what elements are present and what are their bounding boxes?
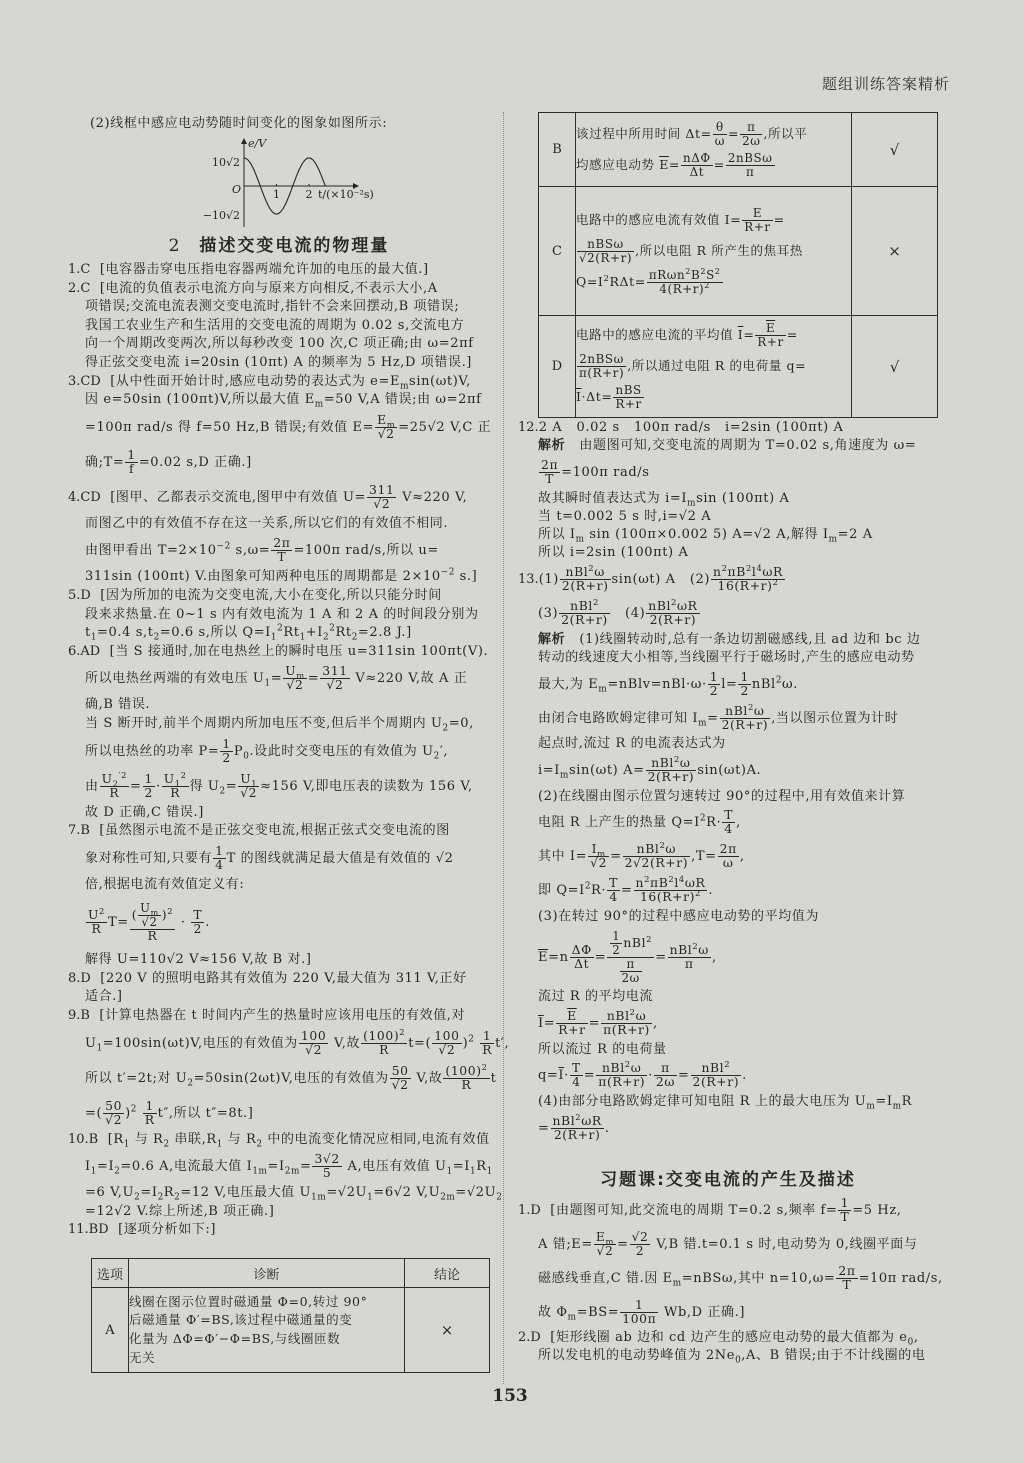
numerator: θ (713, 121, 727, 135)
text-run: √2 (305, 1043, 322, 1057)
superscript: 2 (773, 577, 779, 587)
superscript: 2 (695, 888, 701, 898)
text-run: 其中 I= (538, 849, 587, 864)
text-run: nBl (553, 1114, 576, 1128)
fraction: 50√2 (390, 1065, 411, 1092)
text-run: 2ω (656, 1075, 675, 1089)
text-run: ω (723, 856, 734, 870)
superscript: 2 (715, 267, 721, 276)
subscript: 1 (487, 1167, 493, 1177)
numerator: 1 (213, 845, 225, 859)
table-header-row: 选项 诊断 结论 (92, 1259, 490, 1288)
text-run: T (193, 908, 202, 922)
text-run: = (589, 1016, 601, 1031)
numerator: E (755, 322, 785, 336)
numerator: T (191, 909, 204, 923)
text-run: =25√2 V,C 正 (398, 420, 491, 435)
numerator: E (556, 1010, 587, 1024)
text-run: π (747, 120, 755, 134)
superscript: 2 (646, 934, 652, 944)
numerator: Im (588, 843, 609, 857)
text-run: S (706, 268, 715, 282)
math-group: Um (140, 901, 159, 915)
fraction: nBl22(R+r) (559, 600, 610, 627)
text-run: R (379, 1043, 389, 1057)
text-run: ωR (677, 599, 698, 613)
text-line: nBSω√2(R+r),所以电阻 R 所产生的焦耳热 (576, 236, 851, 267)
denominator: √2 (138, 916, 161, 929)
text-run: 倍,根据电流有效值定义有: (85, 877, 244, 892)
answer-number: 6.AD (68, 644, 100, 659)
numerator: nBl2ω (668, 944, 711, 958)
text-run: R+r (744, 220, 770, 234)
text-run: ω (665, 842, 676, 856)
math-group: Em (596, 1230, 614, 1244)
verdict-cell: × (405, 1288, 490, 1373)
numerator: nBl2ω (596, 1062, 647, 1076)
text-run: 转动的线速度大小相等,当线圈平行于磁场时,产生的感应电动势 (538, 650, 915, 665)
denominator: √2 (390, 1079, 411, 1092)
text-run: πRωn (649, 268, 685, 282)
text-run: Rt (283, 625, 299, 640)
text-line: 由U2′2R=12·U12R得 U2=U1√2≈156 V,即电压表的读数为 1… (68, 769, 490, 804)
denominator: T (838, 1211, 851, 1224)
text-run: = (714, 157, 725, 172)
numerator: 1 (610, 930, 622, 944)
fraction: ER+r (742, 207, 772, 234)
text-run: [图甲、乙都表示交流电,图甲中有效值 U= (101, 490, 366, 505)
denominator: T (539, 473, 560, 486)
text-line: 均感应电动势 E=nΔΦΔt=2nBSωπ (576, 150, 851, 181)
text-run: [电容器击穿电压指电容器两端允许加的电压的最大值.] (90, 262, 428, 277)
text-line: 所以发电机的电动势峰值为 2Ne0,A、B 错误;由于不计线圈的电 (518, 1347, 940, 1365)
text-run: (4)由部分电路欧姆定律可知电阻 R 上的最大电压为 U (538, 1094, 866, 1109)
text-line: 所以电热丝的功率 P=12P0.设此时交变电压的有效值为 U2′, (68, 734, 490, 769)
text-run: 50 (105, 1099, 122, 1113)
text-line: 所以 Im sin (100π×0.002 5) A=√2 A,解得 Im=2 … (518, 526, 940, 544)
text-run: 电路中的感应电流有效值 I= (576, 212, 741, 227)
text-line: (3)在转过 90°的过程中感应电动势的平均值为 (518, 908, 940, 926)
superscript: −2 (217, 542, 231, 552)
text-line: 所以电热丝两端的有效电压 U1=Um√2=311√2 V≈220 V,故 A 正 (68, 661, 490, 696)
denominator: √2 (320, 679, 349, 692)
denominator: R (443, 1079, 489, 1092)
option-cell: C (539, 187, 576, 316)
y-tick-bottom: −10√2 (203, 209, 240, 222)
denominator: 2 (191, 923, 204, 936)
numerator: 1 (125, 449, 137, 463)
text-run: =50 V,A 错误;由 ω=2πf (324, 392, 482, 407)
subscript: 1 (271, 633, 277, 643)
text-run: =10π rad/s, (859, 1271, 943, 1286)
text-line: 2nBSωπ(R+r),所以通过电阻 R 的电荷量 q= (576, 351, 851, 382)
text-run: 因 e=50sin (100πt)V,所以最大值 E (85, 392, 315, 407)
numerator: E (742, 207, 772, 221)
fraction: 3√25 (312, 1153, 341, 1180)
text-run: V,故 (412, 1071, 443, 1086)
fraction: nBl2ωπ(R+r) (601, 1010, 652, 1037)
text-run: (3)在转过 90°的过程中感应电动势的平均值为 (538, 909, 819, 924)
math-group: Im (592, 842, 606, 856)
text-run: R (170, 786, 180, 800)
numerator: 12nBl2 (607, 930, 654, 958)
text-run: . (742, 1068, 747, 1083)
text-run: √2 (392, 1078, 409, 1092)
text-line: 无关 (129, 1349, 404, 1368)
text-run: =2 A (838, 527, 873, 542)
fraction: 12 (220, 738, 232, 765)
text-run: =6√2 V,U (373, 1185, 440, 1200)
text-run: =100π rad/s 得 f=50 Hz,B 错误;有效值 E= (85, 420, 374, 435)
text-run: . (605, 1121, 610, 1136)
text-line: 向一个周期改变两次,所以每秒改变 100 次,C 项正确;由 ω=2πf (68, 335, 490, 354)
fraction: 1f (125, 449, 137, 476)
text-line: 电阻 R 上产生的热量 Q=I2R·T4, (518, 806, 940, 840)
answer-line: 1.D [由题图可知,此交流电的周期 T=0.2 s,频率 f=1T=5 Hz, (518, 1193, 940, 1227)
text-line: =12√2 V.综上所述,B 项正确.] (68, 1203, 490, 1222)
fraction: Im√2 (588, 843, 609, 870)
text-run: t″,所以 t″=8t.] (158, 1106, 254, 1121)
answer-number: 13. (518, 572, 539, 587)
denominator: R (130, 930, 175, 943)
text-run: nBl (648, 599, 671, 613)
text-run: √2(R+r) (579, 251, 632, 265)
text-run: =I (453, 1159, 470, 1174)
text-run: = (271, 671, 283, 686)
fraction: (100)2R (361, 1030, 407, 1057)
text-run: πB (650, 876, 668, 890)
text-run: R (462, 1078, 472, 1092)
text-run: =100π rad/s (561, 465, 649, 480)
text-run: = (617, 1237, 629, 1252)
text-run: R (147, 929, 157, 943)
text-run: nBl (651, 756, 674, 770)
answer-number: 12. (518, 420, 539, 435)
text-run: R (164, 1185, 174, 1200)
text-run: sin(ωt)A. (697, 763, 761, 778)
text-run: 段来求热量.在 0~1 s 内有效电流为 1 A 和 2 A 的时间段分别为 (85, 607, 479, 622)
answer-number: 11.BD (68, 1222, 109, 1237)
math-group: U1 (240, 772, 257, 786)
fraction: 2πT (271, 537, 292, 564)
text-run: 即 Q=I (538, 883, 585, 898)
fraction: 2πω (718, 843, 739, 870)
text-run: θ (716, 120, 724, 134)
subscript: m (598, 684, 607, 694)
text-run: [由题图可知,此交流电的周期 T=0.2 s,频率 f= (541, 1203, 838, 1218)
text-run: (3) (538, 606, 558, 621)
text-run: 所以电热丝的功率 P= (85, 744, 219, 759)
numerator: 311 (320, 665, 349, 679)
numerator: 2π (539, 459, 560, 473)
text-run: √2 (590, 856, 607, 870)
fraction: 1R (480, 1030, 494, 1057)
text-run: 电路中的感应电流的平均值 (576, 327, 738, 342)
text-run: T (277, 550, 286, 564)
answer-number: 1.C (68, 262, 90, 277)
text-run: = (584, 1068, 596, 1083)
running-header: 题组训练答案精析 (780, 73, 950, 94)
superscript: 2 (399, 1027, 405, 1037)
analysis-table: 选项 诊断 结论 A 线圈在图示位置时磁通量 Φ=0,转过 90°后磁通量 Φ′… (91, 1258, 490, 1373)
answer-number: 5.D (68, 588, 91, 603)
math-group: U12 (164, 772, 187, 786)
subscript: m (687, 498, 696, 508)
math-group: nBl2ω (566, 565, 605, 579)
numerator: Um (138, 902, 161, 916)
text-run: 项错误;交流电流表测交变电流时,指针不会来回摆动,B 项错误; (85, 299, 459, 314)
text-run: 1 (635, 1298, 643, 1312)
text-run: 2(R+r) (561, 613, 608, 627)
numerator: 1 (143, 773, 155, 787)
text-run: 2π (838, 1264, 855, 1278)
text-run: T (572, 1061, 581, 1075)
numerator: nBl2 (559, 600, 610, 614)
text-run: nBl (701, 1061, 724, 1075)
denominator: 2(R+r) (646, 771, 697, 784)
text-run: 均感应电动势 (576, 157, 659, 172)
text-run: 1 (841, 1196, 849, 1210)
text-run: = (544, 1016, 556, 1031)
answers-right-a: 12.2 A 0.02 s 100π rad/s i=2sin (100πt) … (518, 419, 940, 1145)
text-run: 311sin (100πt) V.由图象可知两种电压的周期都是 2×10 (85, 569, 441, 584)
text-run: 4 (215, 858, 223, 872)
text-run: 当 S 断开时,前半个周期内所加电压不变,但后半个周期内 U (85, 716, 443, 731)
text-run: √2 (141, 915, 157, 929)
text-run: U (140, 901, 150, 915)
superscript: 2 (724, 1059, 730, 1069)
text-run (137, 1106, 142, 1121)
text-run: 该过程中所用时间 Δt= (576, 126, 712, 141)
text-run: 确;T= (85, 455, 124, 470)
numerator: 1 (480, 1030, 494, 1044)
answer-number: 7.B (68, 823, 90, 838)
text-line: =(50√2)2 1Rt″,所以 t″=8t.] (68, 1096, 490, 1131)
text-run: =I (97, 1159, 114, 1174)
text-run: sin (100πt) A (696, 491, 789, 506)
option-cell: D (539, 316, 576, 418)
denominator: √2 (588, 857, 609, 870)
text-line: 解得 U=110√2 V≈156 V,故 B 对.] (68, 951, 490, 970)
text-run: 2(R+r) (554, 1128, 601, 1142)
text-run: = (595, 950, 607, 965)
text-run: A 错;E= (538, 1237, 593, 1252)
text-run: 2ω (622, 971, 640, 985)
math-group: nBl2ω (602, 1061, 641, 1075)
text-run: 3√2 (314, 1152, 339, 1166)
fraction: 311√2 (367, 484, 396, 511)
text-run: nBS (615, 383, 641, 397)
text-run: 2 (710, 684, 718, 698)
text-line: 象对称性可知,只要有14T 的图线就满足最大值是有效值的 √2 (68, 841, 490, 876)
denominator: 2 (220, 752, 232, 765)
denominator: R+r (613, 398, 643, 411)
math-group: (100)2 (363, 1029, 405, 1043)
text-run: 中的电流变化情况应相同,电流有效值 (263, 1132, 490, 1147)
text-run: 2π (541, 458, 558, 472)
numerator: 1 (708, 671, 720, 685)
denominator: R (143, 1114, 157, 1127)
denominator: 4(R+r)2 (647, 283, 723, 296)
text-run: 4(R+r) (659, 282, 704, 296)
overline-symbol: E (538, 950, 548, 965)
text-run: ,当以图示位置为计时 (771, 711, 898, 726)
math-group: (100)2 (445, 1064, 487, 1078)
denominator: 2√2(R+r) (623, 857, 691, 870)
text-line: 起点时,流过 R 的电流表达式为 (518, 735, 940, 753)
numerator: 3√2 (312, 1153, 341, 1167)
fraction: n2πB2l4ωR16(R+r)2 (711, 566, 785, 593)
numerator: 100 (432, 1030, 461, 1044)
text-run: 适合.] (85, 989, 123, 1004)
text-run: 2(R+r) (693, 1075, 740, 1089)
numerator: T (722, 809, 735, 823)
text-run: R (92, 922, 102, 936)
text-run: T (724, 808, 733, 822)
numerator: 1 (143, 1100, 157, 1114)
numerator: nBl2ωR (551, 1115, 604, 1129)
text-line: 电路中的感应电流的平均值 I=ER+r= (576, 320, 851, 351)
text-run: = (728, 126, 739, 141)
numerator: π (740, 121, 762, 135)
fraction: (Um√2)2R (130, 902, 175, 943)
text-run: √2 (287, 678, 304, 692)
fraction: Um√2 (283, 665, 307, 692)
answer-line: 3.CD [从中性面开始计时,感应电动势的表达式为 e=Emsin(ωt)V, (68, 373, 490, 392)
math-group: π2ω (619, 964, 643, 978)
answer-number: 10.B (68, 1132, 98, 1147)
table-row: B 该过程中所用时间 Δt=θω=π2ω,所以平均感应电动势 E=nΔΦΔt=2… (539, 113, 938, 187)
answer-line: 2.C [电流的负值表示电流方向与原来方向相反,不表示大小,A (68, 280, 490, 299)
text-run: = (678, 1068, 690, 1083)
fraction: 100√2 (299, 1030, 328, 1057)
math-group: U2′2 (102, 772, 127, 786)
section-title: 2描述交变电流的物理量 (68, 231, 490, 256)
text-line: i=Imsin(ωt) A=nBl2ω2(R+r)sin(ωt)A. (518, 754, 940, 788)
numerator: nBS (613, 384, 643, 398)
text-run: ω (754, 704, 765, 718)
text-run: q= (538, 1068, 558, 1083)
text-run: (2)在线圈由图示位置匀速转过 90°的过程中,用有效值来计算 (538, 789, 905, 804)
text-run: =BS= (577, 1305, 620, 1320)
answer-line: 11.BD [逐项分析如下:] (68, 1221, 490, 1240)
text-run: 而图乙中的有效值不存在这一关系,所以它们的有效值不相同. (85, 516, 448, 531)
denominator: R (162, 787, 189, 800)
text-run: ΔΦ (572, 943, 592, 957)
text-run: ω (698, 943, 709, 957)
numerator: T (570, 1062, 583, 1076)
math-group: nBl2ω (725, 704, 764, 718)
text-run: ,所以平 (763, 126, 807, 141)
text-run: 2(R+r) (650, 613, 697, 627)
fraction: nBSR+r (613, 384, 643, 411)
text-run: U (164, 772, 175, 786)
emf-time-graph: e/V 10√2 O −10√2 1 2 t/(×10⁻²s) (200, 135, 380, 235)
text-line: (3)nBl22(R+r) (4)nBl2ωR2(R+r) (518, 597, 940, 631)
text-run: n (713, 565, 722, 579)
text-run: 5 (323, 1166, 331, 1180)
answer-line: 9.B [计算电热器在 t 时间内产生的热量时应该用电压的有效值,对 (68, 1007, 490, 1026)
denominator: 16(R+r)2 (711, 580, 785, 593)
text-run: l= (721, 677, 737, 692)
math-group: nBl2ω (637, 842, 676, 856)
fraction: ΔΦΔt (570, 944, 594, 971)
text-run: , (712, 950, 717, 965)
text-run: 所以 I (538, 527, 576, 542)
math-group: Em (377, 413, 395, 427)
text-run: , (740, 849, 745, 864)
text-run: · (156, 779, 161, 794)
denominator: Δt (681, 166, 713, 179)
text-run: ( (132, 908, 137, 922)
text-run: 与 R (223, 1132, 256, 1147)
math-group: nBl2ω (651, 756, 690, 770)
text-line: 确,B 错误. (68, 696, 490, 715)
diagnosis-cell: 电路中的感应电流的平均值 I=ER+r=2nBSωπ(R+r),所以通过电阻 R… (576, 316, 852, 418)
text-run: 解得 U=110√2 V≈156 V,故 B 对.] (85, 952, 312, 967)
text-run: = (308, 671, 320, 686)
text-run: 当 t=0.002 5 s 时,i=√2 A (538, 509, 711, 524)
text-line: 转动的线速度大小相等,当线圈平行于磁场时,产生的感应电动势 (518, 649, 940, 667)
text-run: 2 (194, 922, 202, 936)
y-tick-top: 10√2 (212, 156, 240, 169)
text-run: +I (306, 625, 323, 640)
text-run: , (653, 1016, 658, 1031)
superscript: 2 (181, 769, 187, 779)
text-run: 故 Φ (538, 1305, 568, 1320)
numerator: nBl2ω (623, 843, 691, 857)
denominator: R (100, 787, 129, 800)
fraction: 1T (838, 1197, 851, 1224)
text-run: =nBSω,其中 n=10,ω= (682, 1271, 836, 1286)
y-axis-label: e/V (248, 137, 267, 150)
text-run: nΔΦ (683, 151, 711, 165)
numerator: 2π (718, 843, 739, 857)
x-tick-label-2: 2 (306, 188, 313, 201)
math-group: E (567, 1009, 577, 1023)
denominator: 100π (620, 1313, 658, 1326)
denominator: 2(R+r) (551, 1129, 604, 1142)
text-line: t1=0.4 s,t2=0.6 s,所以 Q=I12Rt1+I22Rt2=2.8… (68, 624, 490, 643)
text-run: (100) (445, 1064, 481, 1078)
text-run: Rt (335, 625, 351, 640)
text-run: ′, (440, 744, 448, 759)
text-line: 倍,根据电流有效值定义有: (68, 876, 490, 895)
fraction: π2ω (620, 958, 642, 985)
text-run: = (774, 212, 785, 227)
numerator: nBl2ωR (646, 600, 699, 614)
answer-number: 8.D (68, 971, 91, 986)
origin-label: O (232, 183, 241, 196)
text-run: 100π (622, 1312, 656, 1326)
text-line: 解析 (1)线圈转动时,总有一条边切割磁感线,且 ad 边和 bc 边 (518, 631, 940, 649)
text-line: 故其瞬时值表达式为 i=Imsin (100πt) A (518, 490, 940, 508)
text-run: 2 (145, 786, 153, 800)
text-run: =100sin(ωt)V,电压的有效值为 (103, 1036, 298, 1051)
text-run: [矩形线圈 ab 边和 cd 边产生的感应电动势的最大值都为 e (541, 1330, 908, 1345)
fraction: 12 (143, 773, 155, 800)
text-run: (1) (539, 572, 559, 587)
numerator: ΔΦ (570, 944, 594, 958)
text-run: = (610, 849, 622, 864)
text-run: 电阻 R 上产生的热量 Q=I (538, 815, 700, 830)
numerator: 50 (103, 1100, 124, 1114)
fraction: Em√2 (594, 1231, 616, 1258)
analysis-table-continued: B 该过程中所用时间 Δt=θω=π2ω,所以平均感应电动势 E=nΔΦΔt=2… (538, 112, 938, 418)
text-run: 起点时,流过 R 的电流表达式为 (538, 736, 726, 751)
denominator: √2 (299, 1044, 328, 1057)
denominator: 4 (722, 823, 735, 836)
